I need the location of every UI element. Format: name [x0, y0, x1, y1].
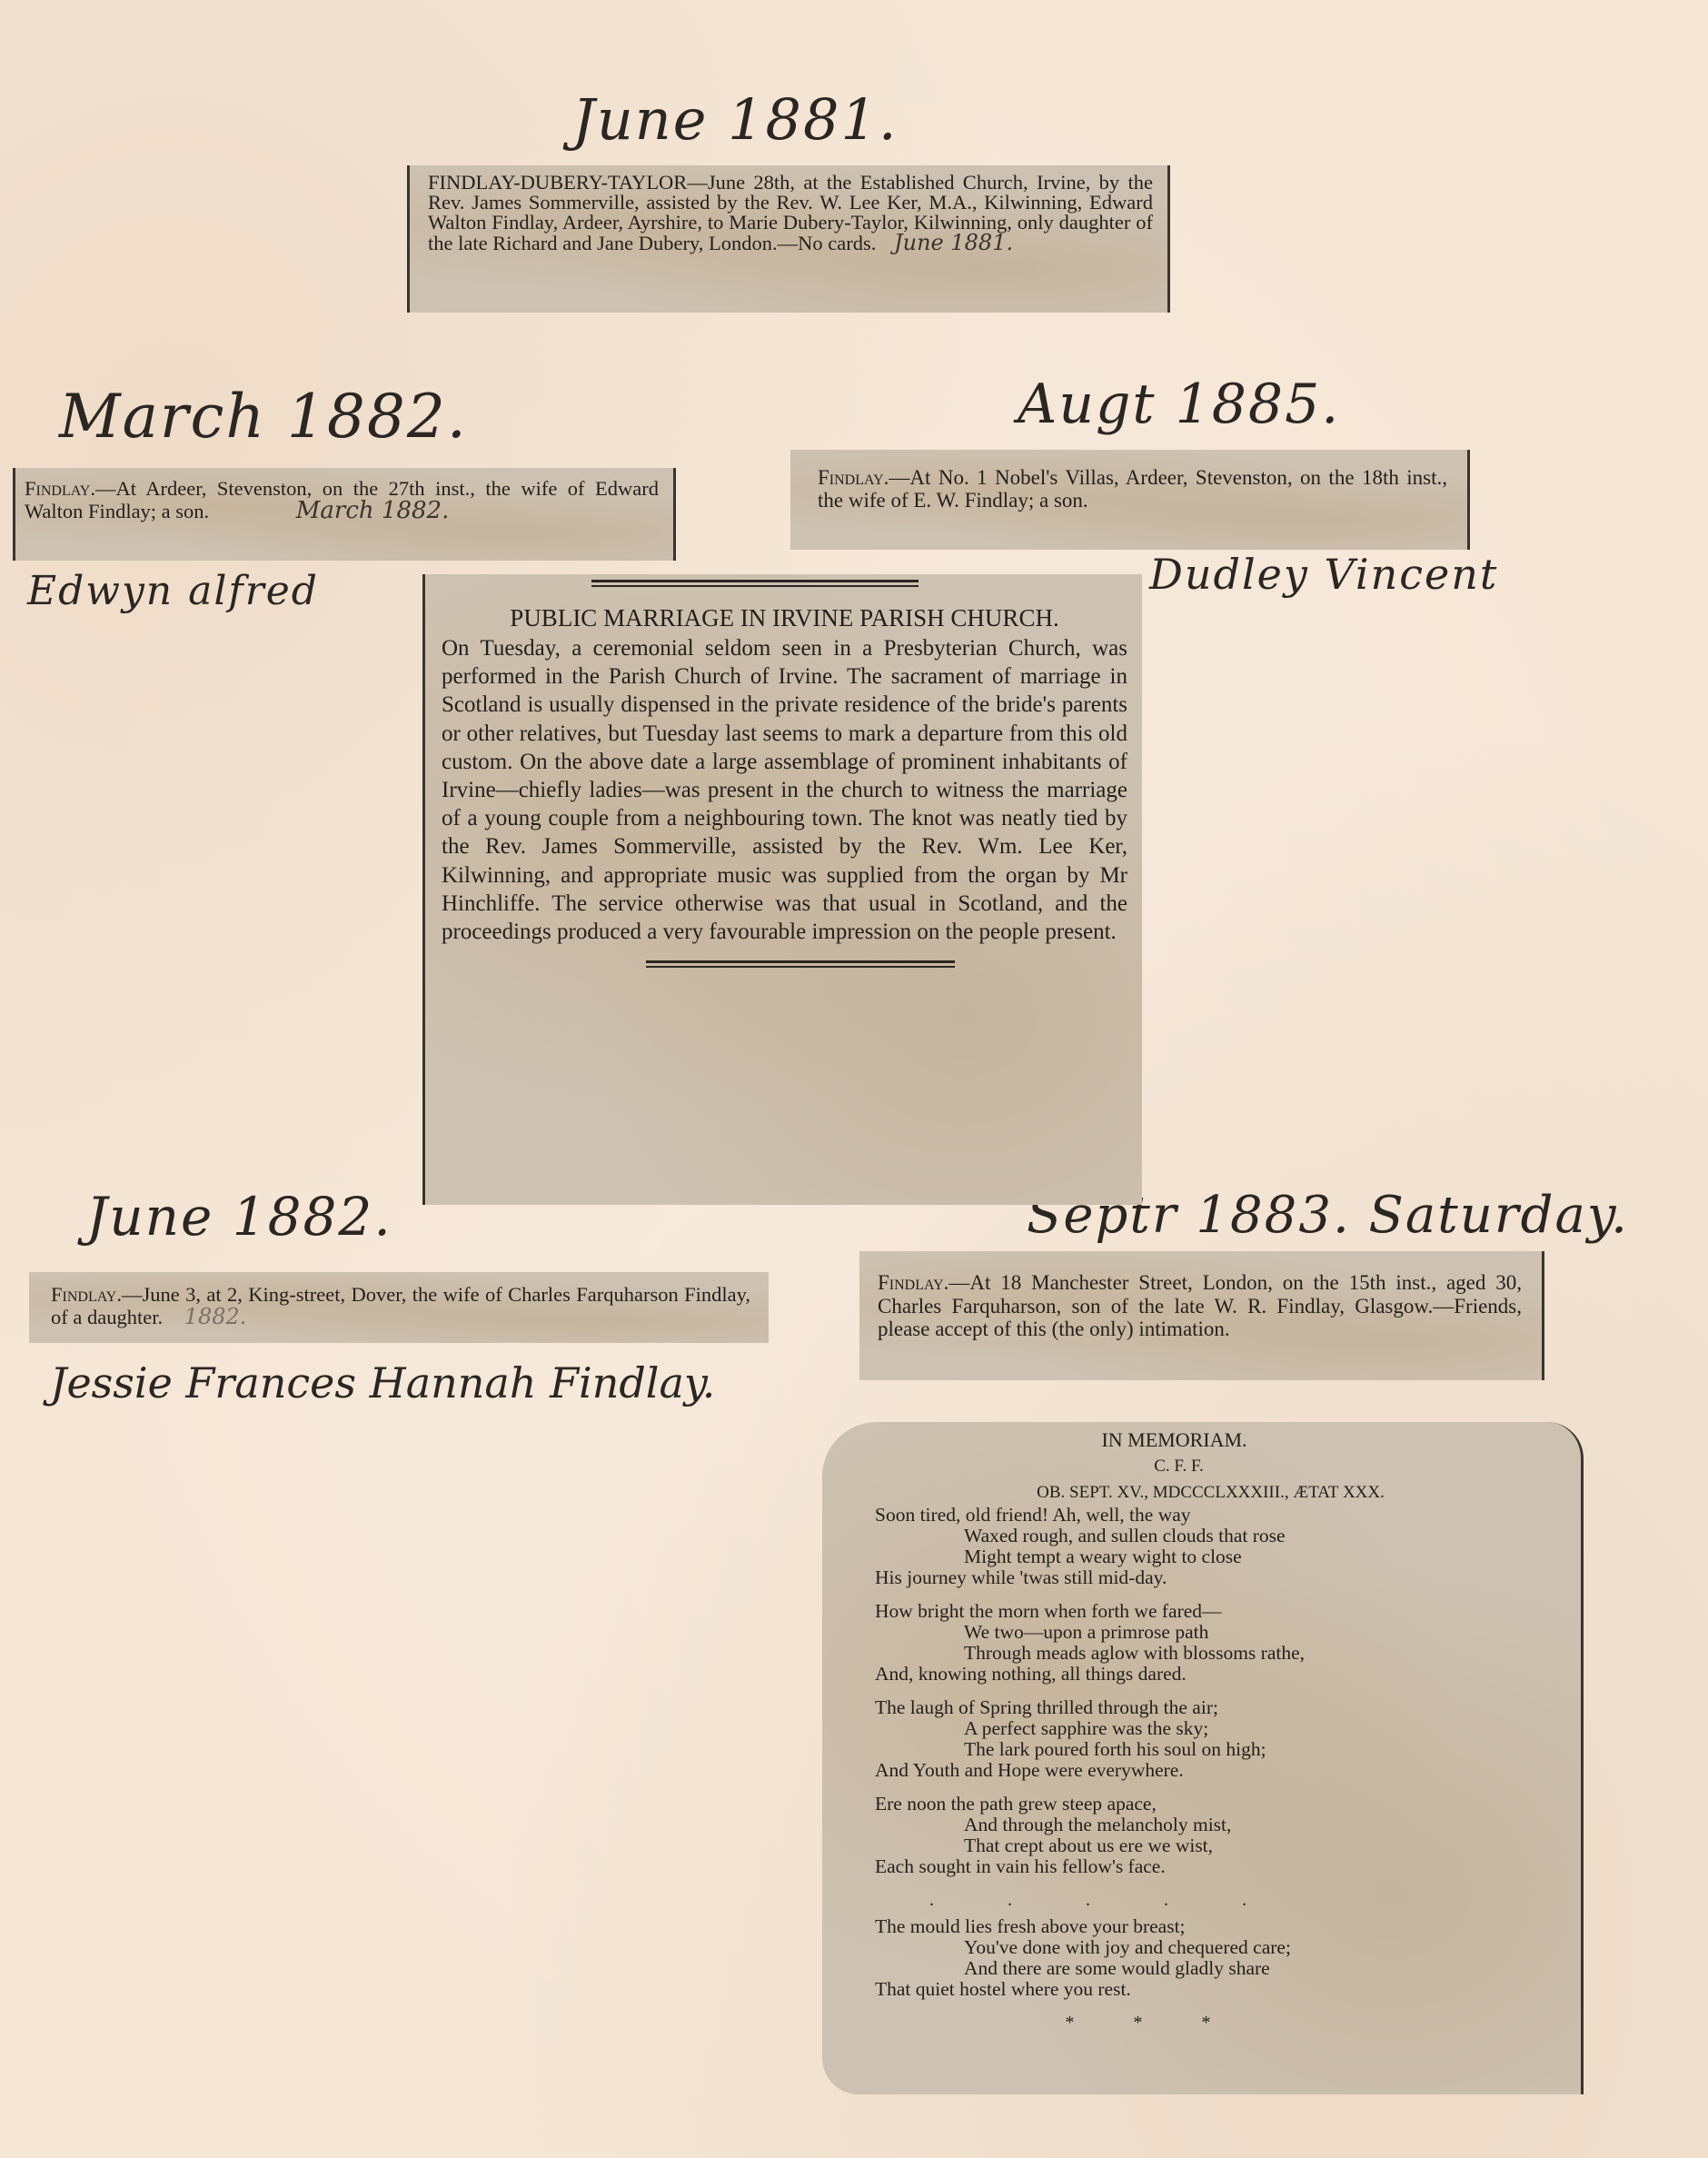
clipping-death-sept-1883: Findlay.—At 18 Manchester Street, London…: [859, 1251, 1544, 1380]
poem-title: IN MEMORIAM.: [786, 1422, 1563, 1450]
clipping-birth-june-1882: Findlay.—June 3, at 2, King-street, Dove…: [29, 1272, 769, 1343]
poem-line: Ere noon the path grew steep apace,: [875, 1794, 1563, 1815]
clipping-public-marriage-article: PUBLIC MARRIAGE IN IRVINE PARISH CHURCH.…: [422, 574, 1142, 1205]
name-edwyn-alfred: Edwyn alfred: [27, 568, 319, 614]
birth-june-lead: Findlay.: [51, 1283, 122, 1306]
poem-line: Each sought in vain his fellow's face.: [875, 1856, 1563, 1877]
clipping-marriage-notice: FINDLAY-DUBERY-TAYLOR—June 28th, at the …: [407, 165, 1170, 313]
poem-line: Through meads aglow with blossoms rathe,: [875, 1643, 1563, 1664]
birth-aug-body: —At No. 1 Nobel's Villas, Ardeer, Steven…: [818, 466, 1447, 512]
heading-march-1882: March 1882.: [59, 382, 468, 452]
clipping-in-memoriam: IN MEMORIAM. C. F. F. OB. SEPT. XV., MDC…: [822, 1422, 1584, 2094]
stanza-5: The mould lies fresh above your breast; …: [875, 1916, 1563, 2000]
name-jessie-frances-hannah: Jessie Frances Hannah Findlay.: [50, 1358, 715, 1407]
birth-march-lead: Findlay.: [25, 477, 95, 500]
name-dudley-vincent: Dudley Vincent: [1149, 550, 1498, 599]
poem-line: That quiet hostel where you rest.: [875, 1979, 1563, 2000]
clipping-birth-march-1882: Findlay.—At Ardeer, Stevenston, on the 2…: [13, 468, 676, 561]
stanza-1: Soon tired, old friend! Ah, well, the wa…: [875, 1505, 1563, 1588]
poem-initials: C. F. F.: [795, 1456, 1563, 1477]
poem-dedication: OB. SEPT. XV., MDCCCLXXXIII., ÆTAT XXX.: [859, 1482, 1563, 1503]
poem-ellipsis: . . . . .: [875, 1890, 1563, 1911]
poem-line: And through the melancholy mist,: [875, 1815, 1563, 1835]
poem-line: How bright the morn when forth we fared—: [875, 1601, 1563, 1622]
heading-june-1881: June 1881.: [572, 86, 899, 153]
article-body: On Tuesday, a ceremonial seldom seen in …: [442, 634, 1127, 946]
poem-line: His journey while 'twas still mid-day.: [875, 1567, 1563, 1588]
birth-march-annotation: March 1882.: [296, 497, 450, 524]
poem-line: The mould lies fresh above your breast;: [875, 1916, 1563, 1937]
death-lead: Findlay.: [878, 1271, 948, 1294]
poem-line: And there are some would gladly share: [875, 1958, 1563, 1979]
clipping-birth-aug-1885: Findlay.—At No. 1 Nobel's Villas, Ardeer…: [790, 450, 1470, 550]
stanza-2: How bright the morn when forth we fared—…: [875, 1601, 1563, 1685]
stanza-4: Ere noon the path grew steep apace, And …: [875, 1794, 1563, 1877]
birth-aug-lead: Findlay.: [818, 466, 889, 489]
top-double-rule: [591, 580, 919, 587]
poem-line: Soon tired, old friend! Ah, well, the wa…: [875, 1505, 1563, 1526]
poem-line: That crept about us ere we wist,: [875, 1835, 1563, 1856]
poem-stanzas: Soon tired, old friend! Ah, well, the wa…: [822, 1505, 1563, 2000]
heading-june-1882: June 1882.: [86, 1186, 392, 1248]
birth-june-annotation: 1882.: [184, 1304, 247, 1329]
marriage-notice-annotation: June 1881.: [894, 230, 1013, 255]
poem-line: The laugh of Spring thrilled through the…: [875, 1697, 1563, 1718]
poem-line: Waxed rough, and sullen clouds that rose: [875, 1526, 1563, 1546]
poem-line: We two—upon a primrose path: [875, 1622, 1563, 1643]
poem-line: Might tempt a weary wight to close: [875, 1546, 1563, 1567]
bottom-double-rule: [646, 960, 955, 968]
poem-line: And, knowing nothing, all things dared.: [875, 1664, 1563, 1685]
stanza-3: The laugh of Spring thrilled through the…: [875, 1697, 1563, 1781]
article-title: PUBLIC MARRIAGE IN IRVINE PARISH CHURCH.: [442, 603, 1127, 632]
poem-ending-asterisks: * * *: [740, 2013, 1563, 2034]
heading-aug-1885: Augt 1885.: [1018, 373, 1340, 436]
death-body: —At 18 Manchester Street, London, on the…: [878, 1271, 1522, 1340]
poem-line: A perfect sapphire was the sky;: [875, 1718, 1563, 1739]
poem-line: The lark poured forth his soul on high;: [875, 1739, 1563, 1760]
poem-line: And Youth and Hope were everywhere.: [875, 1760, 1563, 1781]
birth-june-body: —June 3, at 2, King-street, Dover, the w…: [51, 1283, 750, 1328]
poem-line: You've done with joy and chequered care;: [875, 1937, 1563, 1958]
